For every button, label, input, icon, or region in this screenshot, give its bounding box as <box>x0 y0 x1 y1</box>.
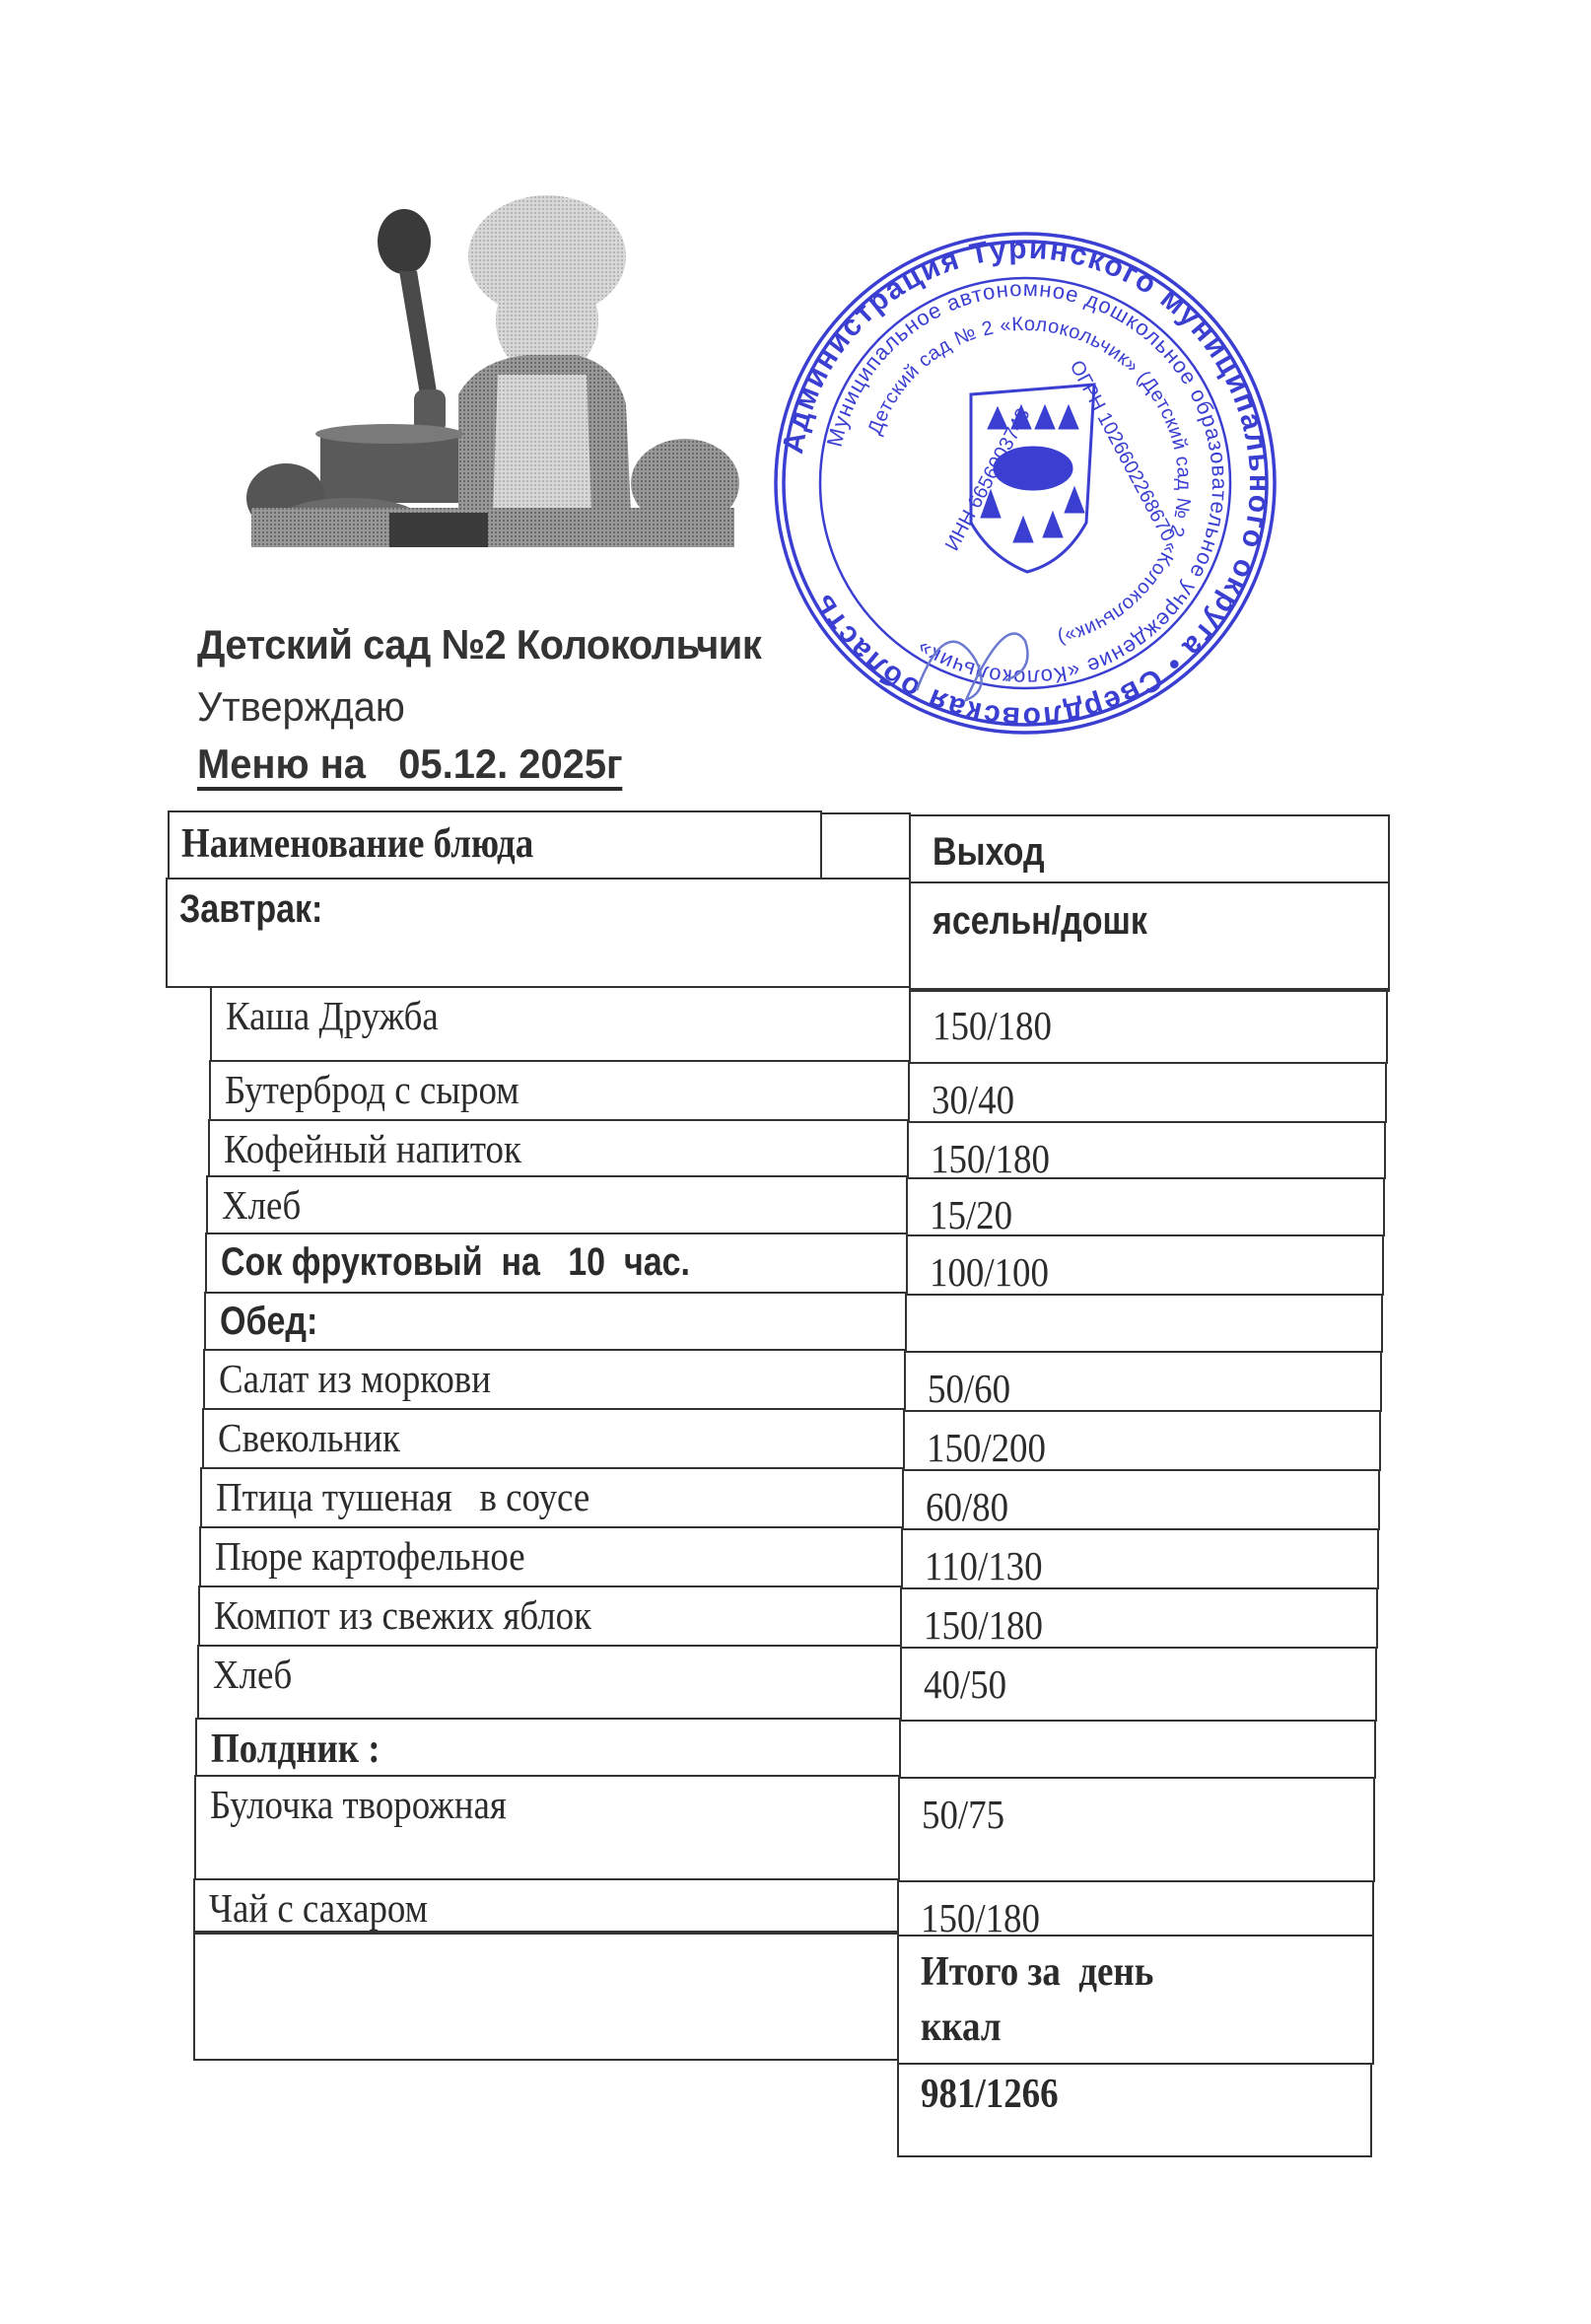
dish-name: Компот из свежих яблок <box>214 1591 591 1639</box>
column-header-output: Выход <box>933 830 1045 875</box>
dish-name: Бутерброд с сыром <box>225 1066 519 1113</box>
dish-name: Хлеб <box>222 1181 301 1229</box>
table-row-output-cell: 50/75 <box>898 1777 1375 1882</box>
dish-name: Чай с сахаром <box>209 1884 428 1932</box>
table-row-name-cell: Птица тушеная в соусе <box>200 1467 904 1528</box>
total-kcal-value: 981/1266 <box>921 2071 1059 2118</box>
total-label-cell: Итого за день ккал <box>897 1935 1374 2065</box>
table-row-output-cell: 100/100 <box>906 1234 1384 1296</box>
dish-output: 60/80 <box>926 1483 1008 1530</box>
table-row-name-cell: Свекольник <box>202 1408 905 1469</box>
dish-name: Птица тушеная в соусе <box>216 1473 589 1520</box>
table-row-name-cell: Хлеб <box>197 1645 902 1720</box>
dish-output: 50/60 <box>928 1365 1010 1412</box>
dish-output: 150/180 <box>931 1135 1050 1182</box>
table-row-name-cell: Пюре картофельное <box>199 1526 903 1587</box>
total-label-line2: ккал <box>921 2004 1002 2051</box>
dish-output: 110/130 <box>925 1542 1043 1589</box>
table-row-output-cell: 150/180 <box>907 1121 1386 1179</box>
table-row-name-cell: Булочка творожная <box>194 1775 900 1880</box>
table-row-output-cell: 30/40 <box>908 1062 1387 1123</box>
header-name-cell: Наименование блюда <box>168 810 822 880</box>
table-row-name-cell: Кофейный напиток <box>208 1119 909 1177</box>
column-header-name: Наименование блюда <box>181 820 533 868</box>
dish-name: Пюре картофельное <box>215 1532 525 1580</box>
table-row-name-cell: Бутерброд с сыром <box>209 1060 910 1121</box>
section-breakfast: Завтрак: <box>179 887 322 932</box>
org-name: Детский сад №2 Колокольчик <box>197 621 761 669</box>
dish-name: Салат из моркови <box>219 1355 491 1402</box>
table-row-output-cell: 40/50 <box>900 1647 1377 1722</box>
table-row-output-cell <box>899 1720 1376 1779</box>
table-row-output-cell: 150/180 <box>897 1880 1374 1937</box>
table-row-output-cell: 110/130 <box>901 1528 1379 1589</box>
table-row-name-cell: Салат из моркови <box>203 1349 906 1410</box>
dish-output: 150/180 <box>924 1601 1043 1649</box>
dish-output: 40/50 <box>924 1660 1006 1708</box>
table-row-name-cell: Полдник : <box>195 1718 901 1777</box>
total-value-cell: 981/1266 <box>897 2063 1372 2157</box>
table-row-output-cell: 150/200 <box>903 1410 1381 1471</box>
dish-name: Хлеб <box>213 1651 292 1698</box>
total-label-line1: Итого за день <box>921 1948 1153 1996</box>
dish-name: Обед: <box>220 1300 317 1344</box>
dish-name: Каша Дружба <box>226 992 439 1039</box>
dish-output: 15/20 <box>930 1191 1012 1238</box>
table-row-name-cell: Хлеб <box>206 1175 908 1234</box>
total-empty-cell <box>193 1931 899 2061</box>
dish-output: 100/100 <box>930 1248 1049 1296</box>
official-stamp: Администрация Туринского муниципального … <box>769 227 1281 739</box>
output-units-cell: ясельн/дошк <box>909 881 1390 992</box>
dish-name: Полдник : <box>211 1725 380 1773</box>
dish-output: 30/40 <box>932 1076 1014 1123</box>
header-spacer-cell <box>820 812 911 880</box>
dish-name: Сок фруктовый на 10 час. <box>221 1240 690 1285</box>
table-row-name-cell: Компот из свежих яблок <box>198 1585 902 1647</box>
table-row-output-cell: 60/80 <box>902 1469 1380 1530</box>
table-row-name-cell: Сок фруктовый на 10 час. <box>205 1232 908 1294</box>
menu-date-title: Меню на 05.12. 2025г <box>197 741 623 791</box>
header-output-cell: Выход <box>909 814 1390 883</box>
breakfast-section-cell: Завтрак: <box>166 878 911 988</box>
table-row-name-cell: Каша Дружба <box>210 986 911 1062</box>
chef-illustration <box>242 187 744 552</box>
dish-output: 150/200 <box>927 1424 1046 1471</box>
table-row-name-cell: Чай с сахаром <box>193 1878 899 1935</box>
table-row-output-cell: 15/20 <box>906 1177 1385 1236</box>
table-row-output-cell: 50/60 <box>904 1351 1382 1412</box>
dish-name: Кофейный напиток <box>224 1125 521 1172</box>
dish-output: 150/180 <box>933 1002 1052 1049</box>
approve-label: Утверждаю <box>197 683 405 731</box>
dish-name: Булочка творожная <box>210 1781 507 1828</box>
output-units: ясельн/дошк <box>933 899 1147 944</box>
dish-output: 50/75 <box>922 1791 1004 1838</box>
table-row-output-cell: 150/180 <box>900 1587 1378 1649</box>
table-row-name-cell: Обед: <box>204 1292 907 1351</box>
dish-name: Свекольник <box>218 1414 400 1461</box>
table-row-output-cell: 150/180 <box>909 988 1388 1064</box>
table-row-output-cell <box>905 1294 1383 1353</box>
